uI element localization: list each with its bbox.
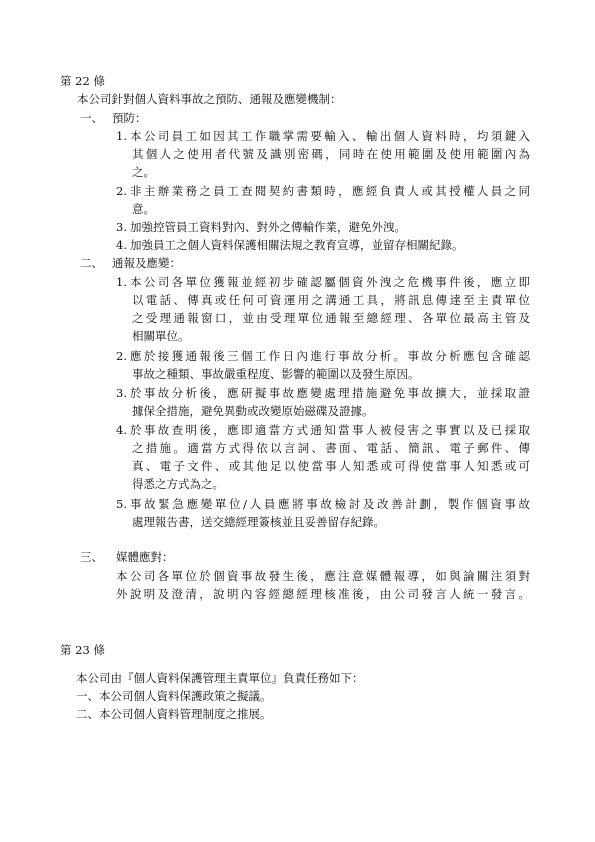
item-line: 非主辦業務之員工查閱契約書類時，應經負責人或其授權人員之同 xyxy=(130,184,530,198)
article-22-intro: 本公司針對個人資料事故之預防、通報及應變機制： xyxy=(77,92,342,106)
item-line: 於事故分析後，應研擬事故應變處理措施避免事故擴大，並採取證 xyxy=(130,386,530,400)
item-number: 3. xyxy=(116,220,127,234)
section-2-title: 通報及應變： xyxy=(112,256,181,270)
article-23-intro: 本公司由『個人資料保護管理主責單位』負責任務如下： xyxy=(76,671,364,685)
section-2-marker: 二、 xyxy=(80,256,103,270)
article-23-item: 二、本公司個人資料管理制度之推展。 xyxy=(76,707,272,721)
item-number: 2. xyxy=(116,349,127,363)
item-line: 於事故查明後，應即適當方式通知當事人被侵害之事實以及已採取 xyxy=(130,423,530,437)
section-3-marker: 三、 xyxy=(80,550,103,564)
item-number: 3. xyxy=(116,386,127,400)
item-line: 以電話、傳真或任何可資運用之溝通工具，將訊息傳達至主責單位 xyxy=(132,293,530,307)
article-22-heading: 第 22 條 xyxy=(60,74,105,88)
item-line: 據保全措施，避免異動或改變原始磁碟及證據。 xyxy=(132,404,374,418)
item-line: 加強員工之個人資料保護相關法規之教育宣導，並留存相關紀錄。 xyxy=(130,238,464,252)
paragraph-line: 外說明及澄清，說明內容經總經理核准後，由公司發言人統一發言。 xyxy=(116,587,530,601)
item-line: 事故緊急應變單位/人員應將事故檢討及改善計劃，製作個資事故 xyxy=(130,497,530,511)
paragraph-line: 本公司各單位於個資事故發生後，應注意媒體報導，如與論關注須對 xyxy=(116,569,530,583)
item-number: 5. xyxy=(116,497,127,511)
item-line: 應於接獲通報後三個工作日內進行事故分析。事故分析應包含確認 xyxy=(130,349,530,363)
item-line: 處理報告書，送交總經理簽核並且妥善留存紀錄。 xyxy=(132,515,385,529)
section-1-marker: 一、 xyxy=(80,111,103,125)
item-number: 4. xyxy=(116,238,127,252)
item-line: 之受理通報窗口，並由受理單位通報至總經理、各單位最高主管及 xyxy=(132,311,530,325)
item-number: 1. xyxy=(116,129,127,143)
section-1-title: 預防： xyxy=(112,111,147,125)
article-23-heading: 第 23 條 xyxy=(60,643,105,657)
item-line: 真、電子文件、或其他足以使當事人知悉或可得使當事人知悉或可 xyxy=(132,459,530,473)
item-line: 事故之種類、事故嚴重程度、影響的範圍以及發生原因。 xyxy=(132,367,420,381)
item-number: 2. xyxy=(116,184,127,198)
item-line: 之措施。適當方式得依以言詞、書面、電話、簡訊、電子郵件、傳 xyxy=(132,441,530,455)
item-number: 4. xyxy=(116,423,127,437)
section-3-title: 媒體應對： xyxy=(116,550,174,564)
item-line: 得悉之方式為之。 xyxy=(132,477,224,491)
item-line: 本公司各單位獲報並經初步確認屬個資外洩之危機事件後，應立即 xyxy=(130,275,530,289)
article-23-item: 一、本公司個人資料保護政策之擬議。 xyxy=(76,689,272,703)
item-line: 相關單位。 xyxy=(132,329,190,343)
item-number: 1. xyxy=(116,275,127,289)
item-line: 之。 xyxy=(132,165,155,179)
item-line: 加強控管員工資料對內、對外之傳輸作業，避免外洩。 xyxy=(130,220,406,234)
item-line: 其個人之使用者代號及識別密碼，同時在使用範圍及使用範圍內為 xyxy=(132,147,530,161)
item-line: 意。 xyxy=(132,202,155,216)
item-line: 本公司員工如因其工作職掌需要輸入、輸出個人資料時，均須鍵入 xyxy=(130,129,530,143)
